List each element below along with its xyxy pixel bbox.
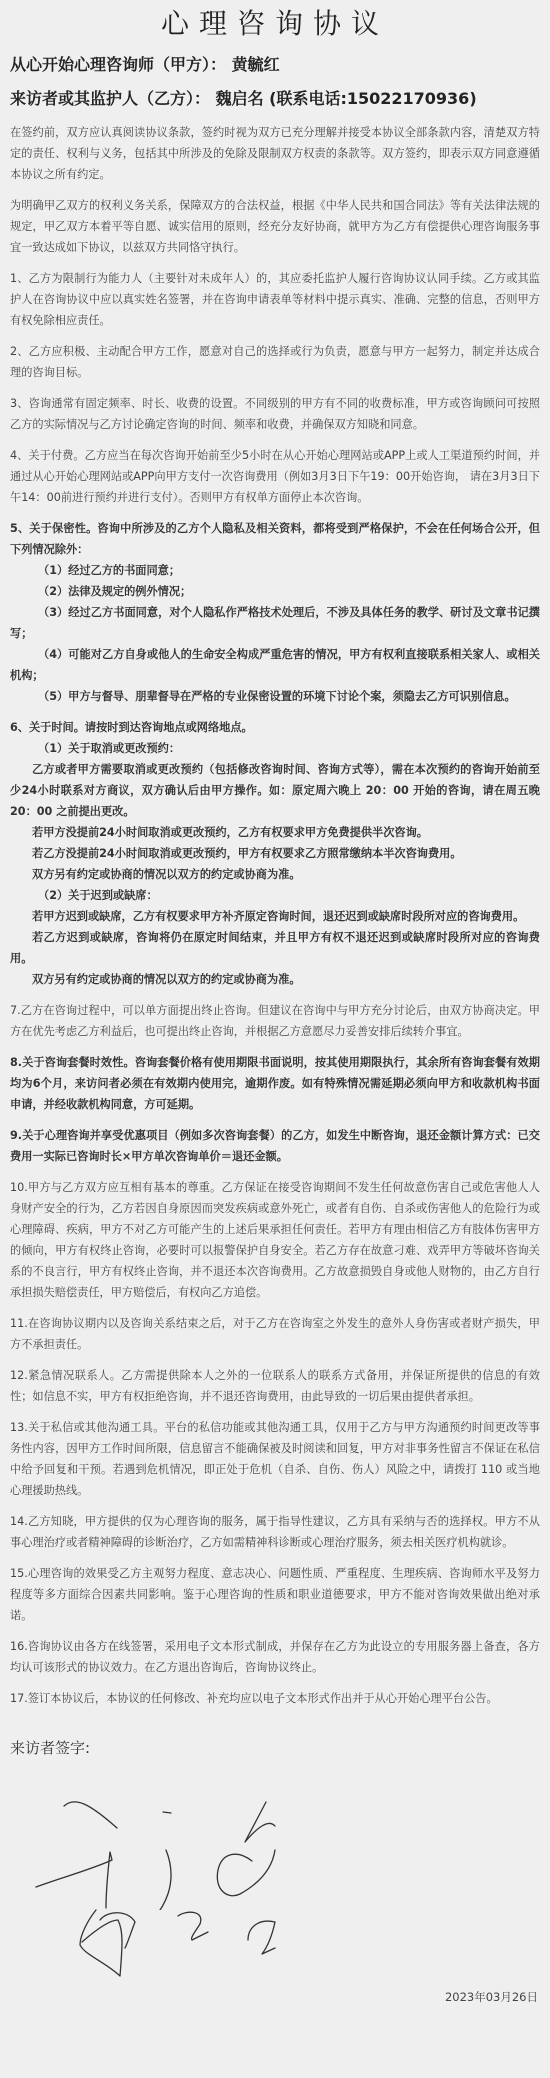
clause-17: 17.签订本协议后，本协议的任何修改、补充均应以电子文本形式作出并于从心开始心理… bbox=[10, 1688, 540, 1709]
intro-paragraph-2: 为明确甲乙双方的权利义务关系，保障双方的合法权益，根据《中华人民共和国合同法》等… bbox=[10, 195, 540, 258]
clause-5: 5、关于保密性。咨询中所涉及的乙方个人隐私及相关资料，都将受到严格保护，不会在任… bbox=[10, 518, 540, 560]
clause-5-item: （1）经过乙方的书面同意； bbox=[10, 560, 540, 581]
clause-6-subheading: （2）关于迟到或缺席： bbox=[10, 885, 540, 906]
page-title: 心理咨询协议 bbox=[10, 0, 540, 48]
clause-5-item: （5）甲方与督导、朋辈督导在严格的专业保密设置的环境下讨论个案，须隐去乙方可识别… bbox=[10, 686, 540, 707]
signature-label: 来访者签字: bbox=[10, 1737, 540, 1759]
clause-2: 2、乙方应积极、主动配合甲方工作，愿意对自己的选择或行为负责，愿意与甲方一起努力… bbox=[10, 341, 540, 383]
party-a-line: 从心开始心理咨询师（甲方）： 黄毓红 bbox=[10, 54, 540, 76]
clause-1: 1、乙方为限制行为能力人（主要针对未成年人）的，其应委托监护人履行咨询协议认同手… bbox=[10, 268, 540, 331]
clause-6-item: 若甲方迟到或缺席，乙方有权要求甲方补齐原定咨询时间，退还迟到或缺席时段所对应的咨… bbox=[10, 906, 540, 927]
party-b-line: 来访者或其监护人（乙方）： 魏启名 (联系电话:15022170936) bbox=[10, 88, 540, 110]
signature-date: 2023年03月26日 bbox=[445, 1989, 538, 2005]
intro-paragraph-1: 在签约前，双方应认真阅读协议条款，签约时视为双方已充分理解并接受本协议全部条款内… bbox=[10, 122, 540, 185]
clause-6-item: 乙方或者甲方需要取消或更改预约（包括修改咨询时间、咨询方式等），需在本次预约的咨… bbox=[10, 759, 540, 822]
clause-5-item: （2）法律及规定的例外情况； bbox=[10, 581, 540, 602]
clause-16: 16.咨询协议由各方在线签署，采用电子文本形式制成，并保存在乙方为此设立的专用服… bbox=[10, 1636, 540, 1678]
clause-6-subheading: （1）关于取消或更改预约： bbox=[10, 738, 540, 759]
clause-6-item: 若乙方迟到或缺席，咨询将仍在原定时间结束，并且甲方有权不退还迟到或缺席时段所对应… bbox=[10, 927, 540, 969]
clause-6-item: 若乙方没提前24小时间取消或更改预约，甲方有权要求乙方照常缴纳本半次咨询费用。 bbox=[10, 843, 540, 864]
clause-4: 4、关于付费。乙方应当在每次咨询开始前至少5小时在从心开始心理网站或APP上或人… bbox=[10, 445, 540, 508]
clause-6: 6、关于时间。请按时到达咨询地点或网络地点。 bbox=[10, 717, 540, 738]
clause-3: 3、咨询通常有固定频率、时长、收费的设置。不同级别的甲方有不同的收费标准，甲方或… bbox=[10, 393, 540, 435]
agreement-page: 心理咨询协议 从心开始心理咨询师（甲方）： 黄毓红 来访者或其监护人（乙方）： … bbox=[0, 0, 550, 1759]
clause-5-item: （4）可能对乙方自身或他人的生命安全构成严重危害的情况，甲方有权利直接联系相关家… bbox=[10, 644, 540, 686]
clause-13: 13.关于私信或其他沟通工具。平台的私信功能或其他沟通工具，仅用于乙方与甲方沟通… bbox=[10, 1417, 540, 1501]
clause-6-item: 双方另有约定或协商的情况以双方的约定或协商为准。 bbox=[10, 864, 540, 885]
clause-9: 9.关于心理咨询并享受优惠项目（例如多次咨询套餐）的乙方，如发生中断咨询，退还金… bbox=[10, 1125, 540, 1167]
clause-11: 11.在咨询协议期内以及咨询关系结束之后，对于乙方在咨询室之外发生的意外人身伤害… bbox=[10, 1313, 540, 1355]
clause-6-item: 双方另有约定或协商的情况以双方的约定或协商为准。 bbox=[10, 969, 540, 990]
handwritten-signature-lower bbox=[0, 1880, 290, 1980]
clause-12: 12.紧急情况联系人。乙方需提供除本人之外的一位联系人的联系方式备用，并保证所提… bbox=[10, 1365, 540, 1407]
clause-14: 14.乙方知晓，甲方提供的仅为心理咨询的服务，属于指导性建议，乙方具有采纳与否的… bbox=[10, 1511, 540, 1553]
clause-5-item: （3）经过乙方书面同意，对个人隐私作严格技术处理后，不涉及具体任务的教学、研讨及… bbox=[10, 602, 540, 644]
clause-8: 8.关于咨询套餐时效性。咨询套餐价格有使用期限书面说明，按其使用期限执行，其余所… bbox=[10, 1052, 540, 1115]
clause-6-item: 若甲方没提前24小时间取消或更改预约，乙方有权要求甲方免费提供半次咨询。 bbox=[10, 822, 540, 843]
clause-10: 10.甲方与乙方双方应互相有基本的尊重。乙方保证在接受咨询期间不发生任何故意伤害… bbox=[10, 1177, 540, 1303]
clause-15: 15.心理咨询的效果受乙方主观努力程度、意志决心、问题性质、严重程度、生理疾病、… bbox=[10, 1563, 540, 1626]
clause-7: 7.乙方在咨询过程中，可以单方面提出终止咨询。但建议在咨询中与甲方充分讨论后，由… bbox=[10, 1000, 540, 1042]
